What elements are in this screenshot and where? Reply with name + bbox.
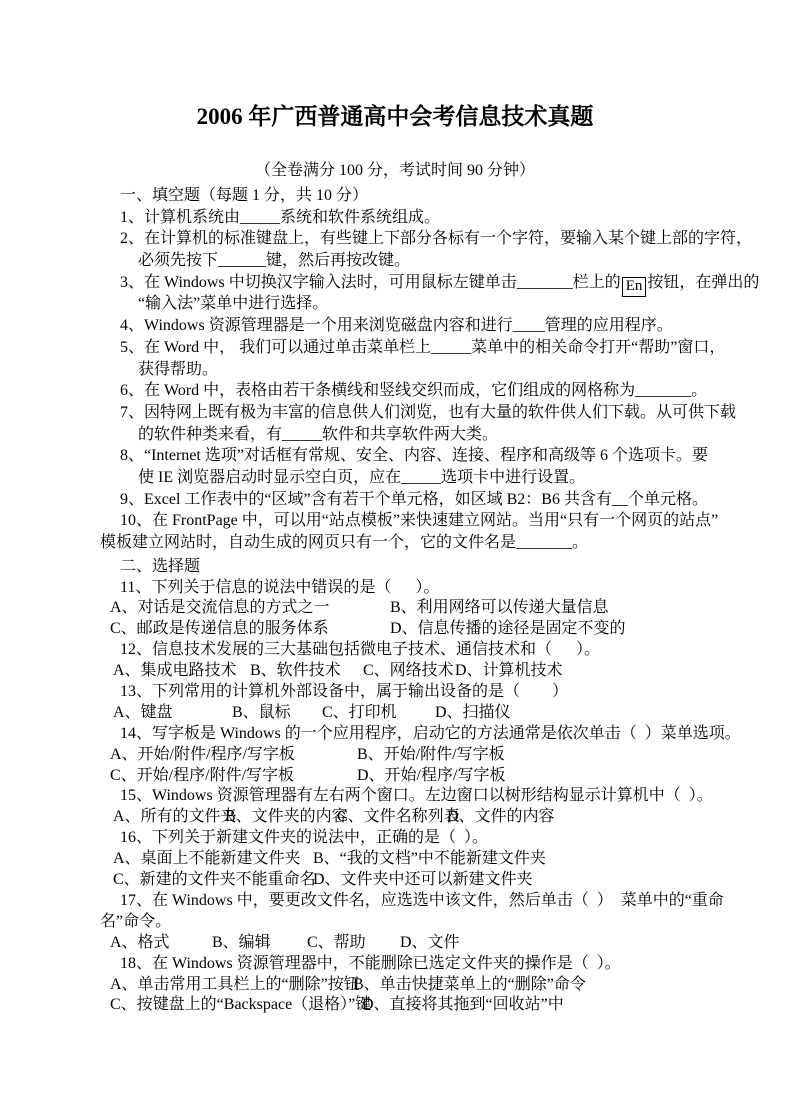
option-11-a: A、对话是交流信息的方式之一 bbox=[110, 598, 330, 619]
option-14-b: B、开始/附件/写字板 bbox=[357, 745, 505, 766]
option-18-b: B、单击快捷菜单上的“删除”命令 bbox=[353, 975, 586, 996]
question-4: 4、Windows 资源管理器是一个用来浏览磁盘内容和进行____管理的应用程序… bbox=[100, 315, 790, 337]
question-15: 15、Windows 资源管理器有左右两个窗口。左边窗口以树形结构显示计算机中（… bbox=[100, 786, 790, 807]
fill-in-blank-section: 一、填空题（每题 1 分，共 10 分） 1、计算机系统由_____系统和软件系… bbox=[100, 185, 790, 554]
question-14: 14、写字板是 Windows 的一个应用程序，启动它的方法通常是依次单击（ ）… bbox=[100, 724, 790, 745]
document-content: 2006 年广西普通高中会考信息技术真题 （全卷满分 100 分，考试时间 90… bbox=[0, 0, 790, 1016]
question-7-line-1: 7、因特网上既有极为丰富的信息供人们浏览，也有大量的软件供人们下载。从可供下载 bbox=[100, 402, 790, 424]
options-row-11-ab: A、对话是交流信息的方式之一 B、利用网络可以传递大量信息 bbox=[100, 598, 790, 619]
options-row-14-ab: A、开始/附件/程序/写字板 B、开始/附件/写字板 bbox=[100, 745, 790, 766]
option-13-d: D、扫描仪 bbox=[435, 703, 511, 724]
multiple-choice-section: 二、选择题 11、下列关于信息的说法中错误的是（ ）。 A、对话是交流信息的方式… bbox=[100, 557, 790, 1017]
option-13-c: C、打印机 bbox=[322, 703, 397, 724]
exam-score-time-note: （全卷满分 100 分，考试时间 90 分钟） bbox=[50, 160, 740, 182]
section-1-heading: 一、填空题（每题 1 分，共 10 分） bbox=[100, 185, 790, 207]
options-row-18-ab: A、单击常用工具栏上的“删除”按钮 B、单击快捷菜单上的“删除”命令 bbox=[100, 975, 790, 996]
question-3-line-2: “输入法”菜单中进行选择。 bbox=[100, 293, 790, 315]
option-17-a: A、格式 bbox=[110, 933, 170, 954]
option-15-d: D、文件的内容 bbox=[447, 807, 555, 828]
option-17-d: D、文件 bbox=[400, 933, 460, 954]
option-17-c: C、帮助 bbox=[307, 933, 366, 954]
question-5-line-1: 5、在 Word 中， 我们可以通过单击菜单栏上_____菜单中的相关命令打开“… bbox=[100, 337, 790, 359]
option-12-d: D、计算机技术 bbox=[455, 661, 563, 682]
question-16: 16、下列关于新建文件夹的说法中，正确的是（ ）。 bbox=[100, 828, 790, 849]
document-title: 2006 年广西普通高中会考信息技术真题 bbox=[50, 0, 740, 131]
question-17-line-1: 17、在 Windows 中，要更改文件名，应选选中该文件，然后单击（ ） 菜单… bbox=[100, 891, 790, 912]
question-10-line-1: 10、在 FrontPage 中，可以用“站点模板”来快速建立网站。当用“只有一… bbox=[100, 510, 790, 532]
option-11-c: C、邮政是传递信息的服务体系 bbox=[110, 619, 329, 640]
question-1: 1、计算机系统由_____系统和软件系统组成。 bbox=[100, 207, 790, 229]
option-11-b: B、利用网络可以传递大量信息 bbox=[390, 598, 609, 619]
option-12-a: A、集成电路技术 bbox=[113, 661, 237, 682]
option-14-c: C、开始/程序/附件/写字板 bbox=[110, 766, 294, 787]
options-row-12: A、集成电路技术 B、软件技术 C、网络技术 D、计算机技术 bbox=[100, 661, 790, 682]
option-17-b: B、编辑 bbox=[212, 933, 271, 954]
question-17-line-2: 名”命令。 bbox=[100, 912, 790, 933]
option-13-b: B、鼠标 bbox=[232, 703, 291, 724]
question-3-text-after: 按钮，在弹出的 bbox=[647, 274, 759, 291]
question-6: 6、在 Word 中，表格由若干条横线和竖线交织而成，它们组成的网格称为____… bbox=[100, 380, 790, 402]
question-3-text-before: 3、在 Windows 中切换汉字输入法时，可用鼠标左键单击_______栏上的 bbox=[120, 274, 621, 291]
option-15-a: A、所有的文件夹 bbox=[113, 807, 237, 828]
options-row-14-cd: C、开始/程序/附件/写字板 D、开始/程序/写字板 bbox=[100, 766, 790, 787]
option-18-c: C、按键盘上的“Backspace（退格）”键 bbox=[110, 995, 371, 1016]
option-11-d: D、信息传播的途径是固定不变的 bbox=[390, 619, 626, 640]
options-row-16-cd: C、新建的文件夹不能重命名 D、文件夹中还可以新建文件夹 bbox=[100, 870, 790, 891]
options-row-11-cd: C、邮政是传递信息的服务体系 D、信息传播的途径是固定不变的 bbox=[100, 619, 790, 640]
option-15-c: C、文件名称列表 bbox=[337, 807, 460, 828]
option-14-d: D、开始/程序/写字板 bbox=[357, 766, 505, 787]
option-12-c: C、网络技术 bbox=[363, 661, 454, 682]
question-8-line-1: 8、“Internet 选项”对话框有常规、安全、内容、连接、程序和高级等 6 … bbox=[100, 445, 790, 467]
option-12-b: B、软件技术 bbox=[250, 661, 341, 682]
question-5-line-2: 获得帮助。 bbox=[100, 359, 790, 381]
option-16-a: A、桌面上不能新建文件夹 bbox=[113, 849, 301, 870]
option-13-a: A、键盘 bbox=[113, 703, 173, 724]
options-row-18-cd: C、按键盘上的“Backspace（退格）”键 D、直接将其拖到“回收站”中 bbox=[100, 995, 790, 1016]
question-2-line-2: 必须先按下______键，然后再按改键。 bbox=[100, 250, 790, 272]
option-18-a: A、单击常用工具栏上的“删除”按钮 bbox=[110, 975, 360, 996]
question-11: 11、下列关于信息的说法中错误的是（ ）。 bbox=[100, 578, 790, 599]
option-18-d: D、直接将其拖到“回收站”中 bbox=[362, 995, 564, 1016]
question-12: 12、信息技术发展的三大基础包括微电子技术、通信技术和（ ）。 bbox=[100, 640, 790, 661]
options-row-13: A、键盘 B、鼠标 C、打印机 D、扫描仪 bbox=[100, 703, 790, 724]
option-16-b: B、“我的文档”中不能新建文件夹 bbox=[313, 849, 546, 870]
option-16-c: C、新建的文件夹不能重命名 bbox=[113, 870, 316, 891]
question-18: 18、在 Windows 资源管理器中，不能删除已选定文件夹的操作是（ ）。 bbox=[100, 954, 790, 975]
question-10-line-2: 模板建立网站时，自动生成的网页只有一个，它的文件名是_______。 bbox=[100, 532, 790, 554]
question-13: 13、下列常用的计算机外部设备中，属于输出设备的是（ ） bbox=[100, 682, 790, 703]
question-8-line-2: 使 IE 浏览器启动时显示空白页，应在_____选项卡中进行设置。 bbox=[100, 467, 790, 489]
question-9: 9、Excel 工作表中的“区域”含有若干个单元格，如区域 B2：B6 共含有_… bbox=[100, 489, 790, 511]
option-15-b: B、文件夹的内容 bbox=[225, 807, 348, 828]
section-2-heading: 二、选择题 bbox=[100, 557, 790, 578]
option-14-a: A、开始/附件/程序/写字板 bbox=[110, 745, 295, 766]
exam-document-page: 2006 年广西普通高中会考信息技术真题 （全卷满分 100 分，考试时间 90… bbox=[0, 0, 790, 1119]
option-16-d: D、文件夹中还可以新建文件夹 bbox=[313, 870, 533, 891]
question-3-line-1: 3、在 Windows 中切换汉字输入法时，可用鼠标左键单击_______栏上的… bbox=[100, 272, 790, 294]
question-7-line-2: 的软件种类来看，有_____软件和共享软件两大类。 bbox=[100, 424, 790, 446]
options-row-16-ab: A、桌面上不能新建文件夹 B、“我的文档”中不能新建文件夹 bbox=[100, 849, 790, 870]
options-row-17: A、格式 B、编辑 C、帮助 D、文件 bbox=[100, 933, 790, 954]
options-row-15: A、所有的文件夹 B、文件夹的内容 C、文件名称列表 D、文件的内容 bbox=[100, 807, 790, 828]
question-2-line-1: 2、在计算机的标准键盘上，有些键上下部分各标有一个字符，要输入某个键上部的字符， bbox=[100, 228, 790, 250]
